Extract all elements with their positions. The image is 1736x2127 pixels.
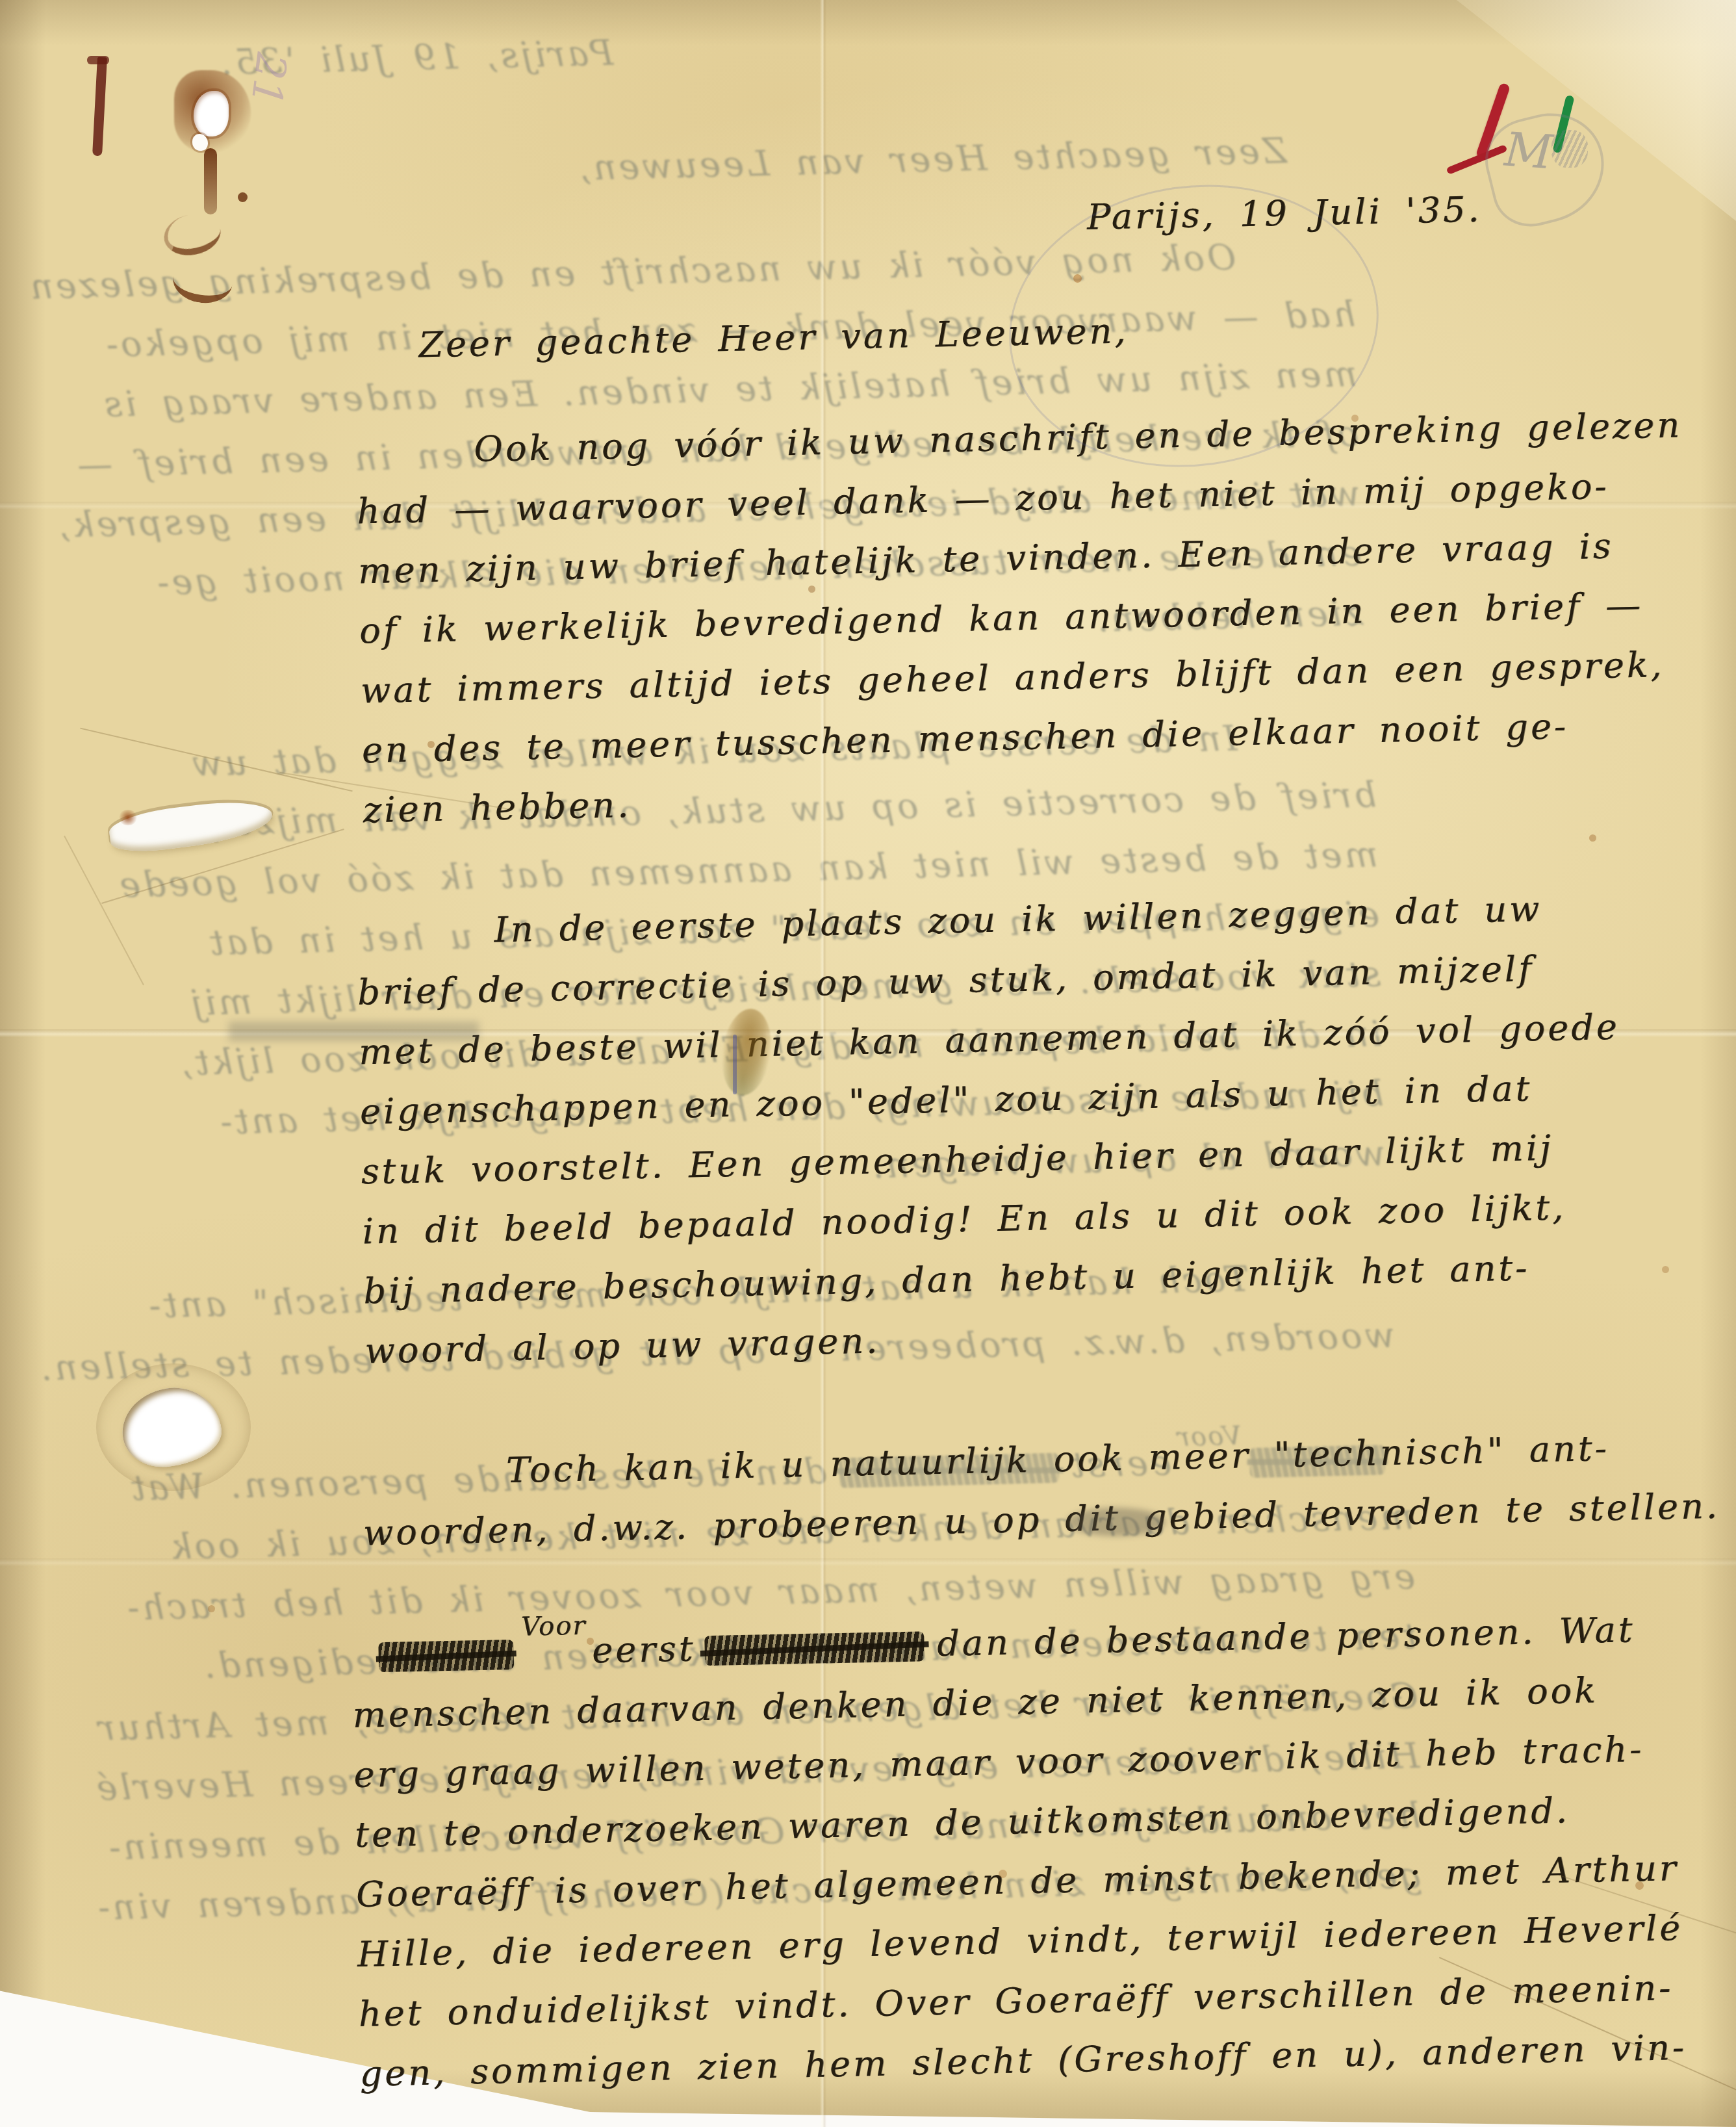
rust-spot [238,192,248,202]
paragraph: Vooreerstdan de bestaande personen. Wat … [351,1598,1736,2104]
gray-smudge [1067,1508,1166,1536]
blue-pencil-tick [733,1035,737,1094]
gray-smudge [229,1022,479,1041]
pin-hole-fragment [192,134,208,151]
letter-scan: Parijs, 19 Juli '35. Zeer geachte Heer v… [0,0,1736,2127]
paragraph: In de eerste plaats zou ik willen zeggen… [355,875,1733,1381]
paragraph: Ook nog vóór ik uw naschrift en de bespr… [355,395,1723,841]
strikethrough-scribble [704,1631,925,1666]
pencil-number: 21 [244,51,292,109]
pencil-monogram: M [1503,126,1555,176]
pin-hole [194,91,229,136]
letter-line-text: dan de bestaande personen. Wat [937,1609,1635,1664]
strikethrough-scribble [378,1640,514,1672]
paragraph: Toch kan ik u natuurlijk ook meer "techn… [361,1416,1736,1563]
rust-streak [204,148,217,214]
pencil-squiggle [1551,130,1588,168]
foxing-specks [0,0,5,5]
inserted-word-above-line: Voor [520,1596,587,1657]
letter-word: eerst [592,1628,696,1671]
rust-spot [118,810,138,825]
edge-ink-mark [87,56,109,64]
